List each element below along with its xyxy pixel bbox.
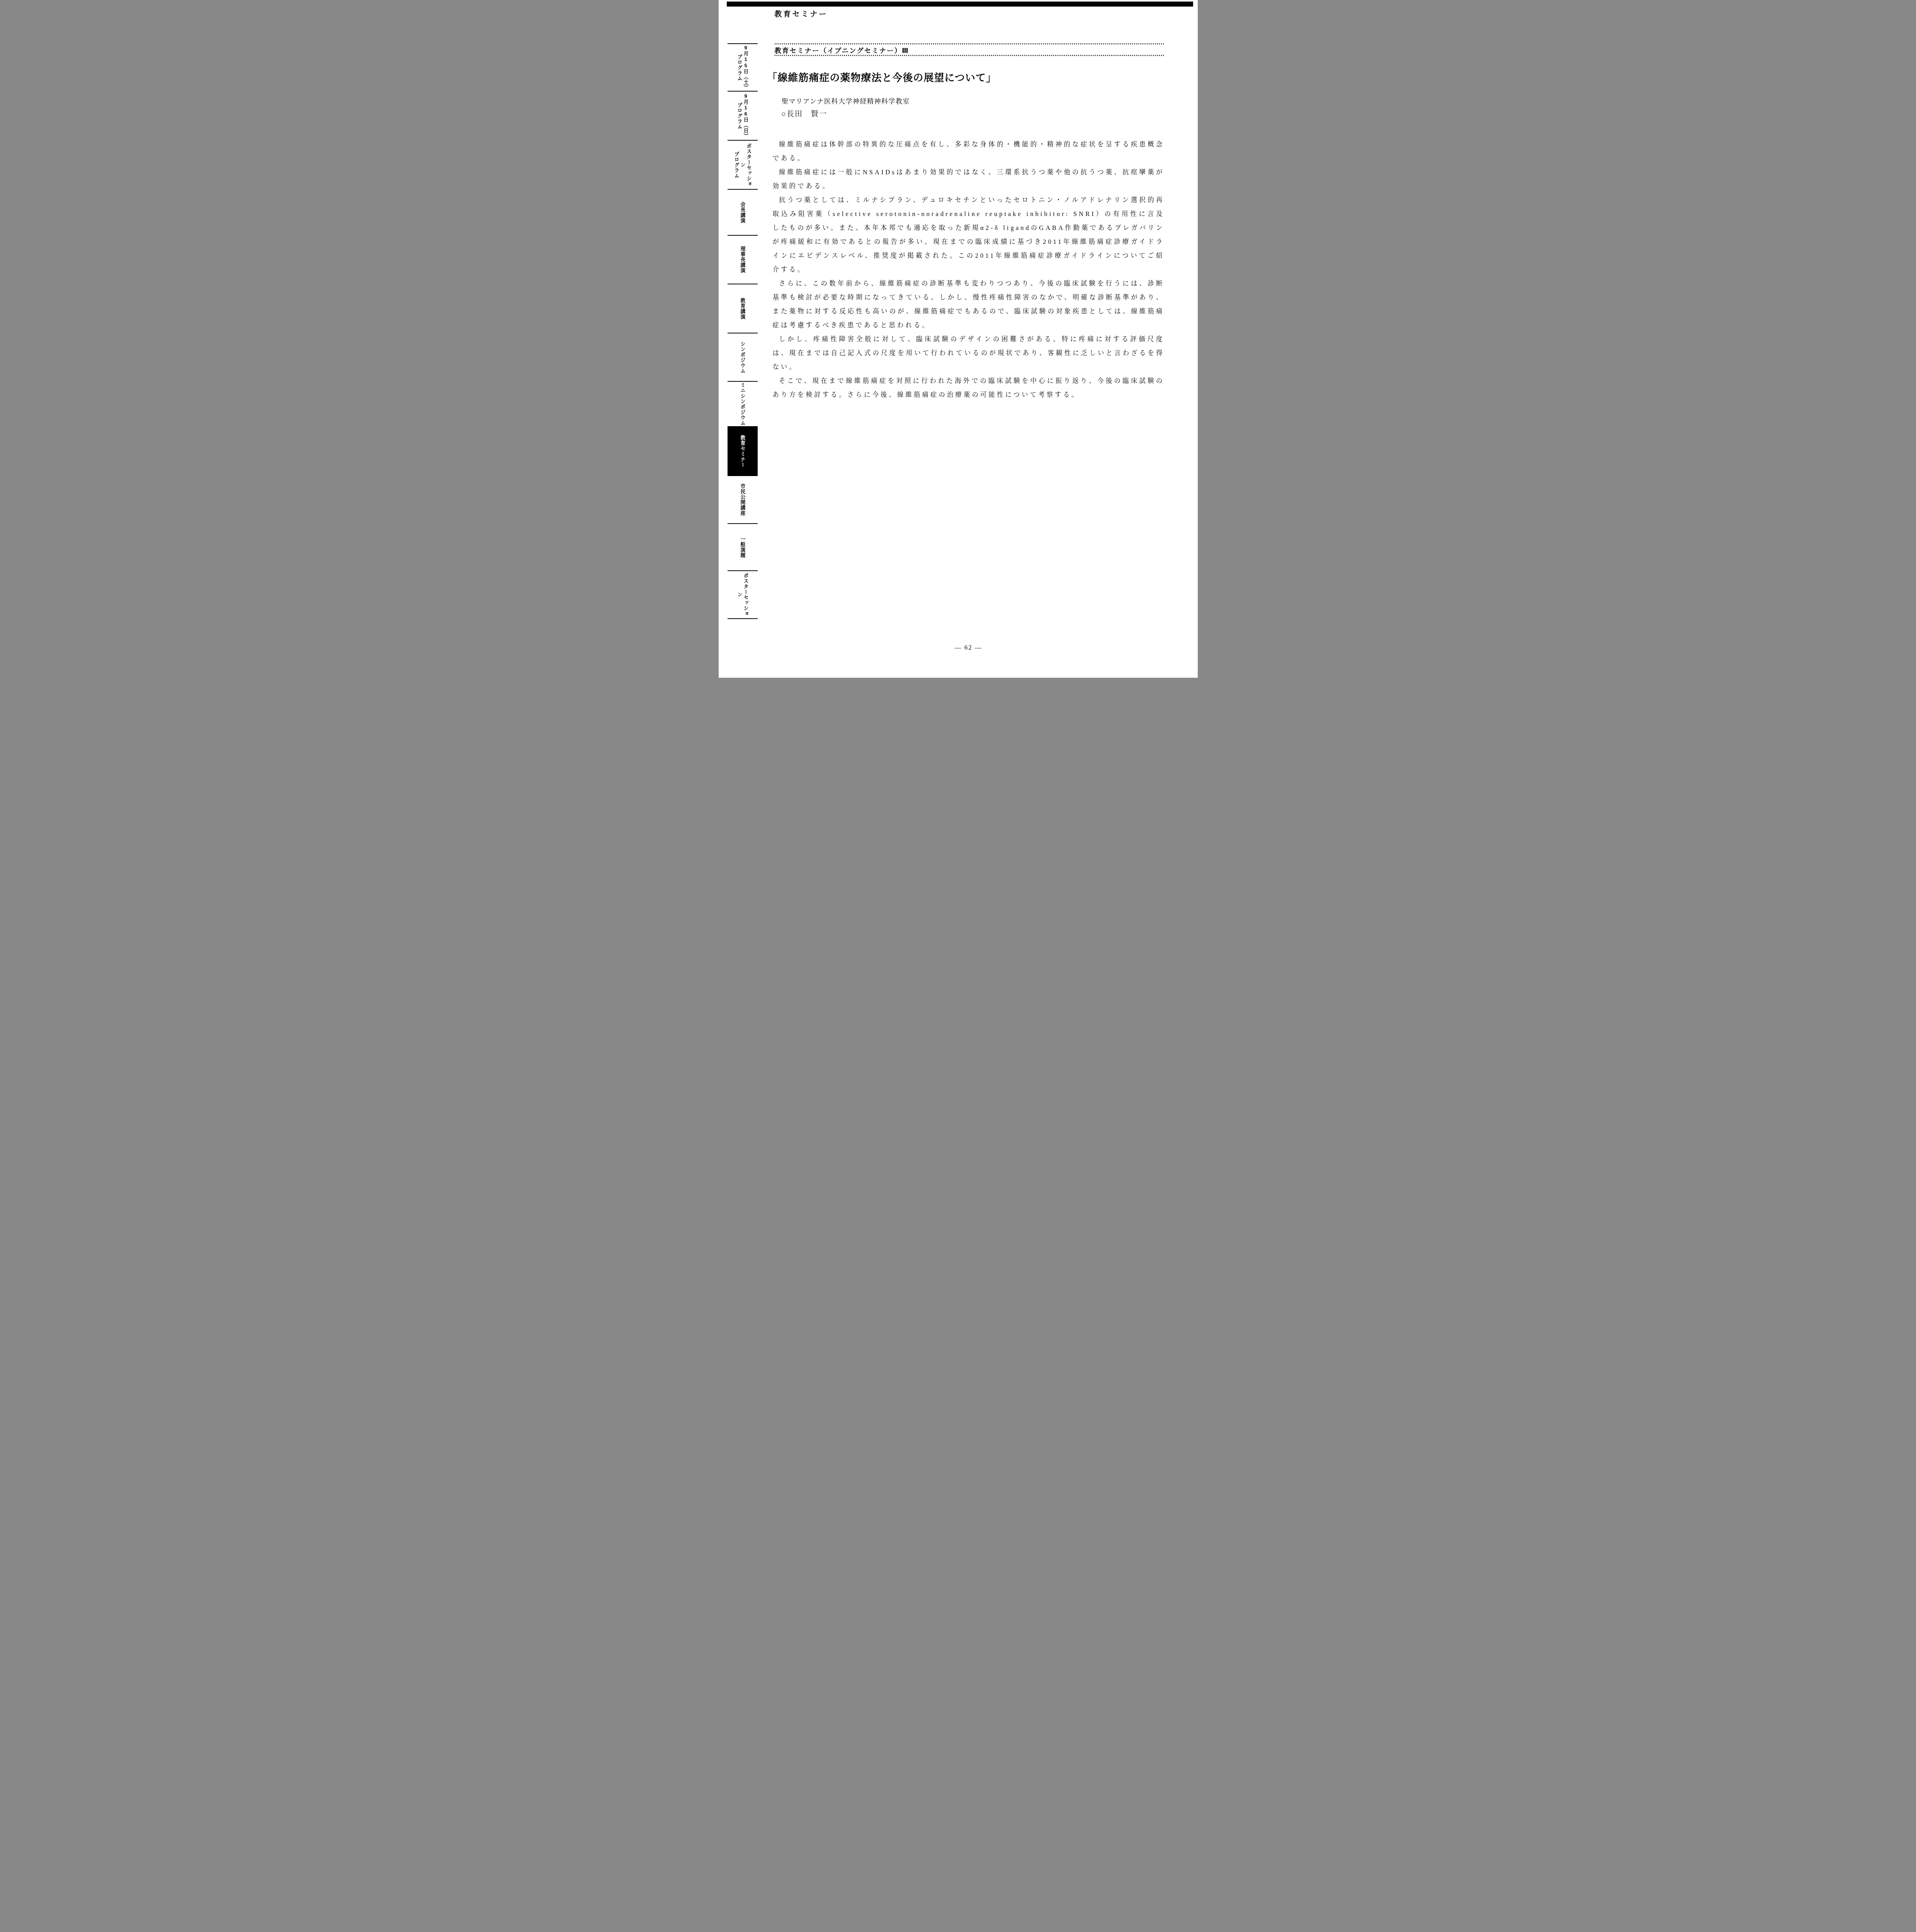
- sidebar-item-symposium: シンポジウム: [728, 333, 758, 381]
- abstract-paragraph: さらに、この数年前から、線維筋痛症の診断基準も変わりつつあり、今後の臨床試験を行…: [773, 277, 1165, 332]
- sidebar-item-sep16-program: 9月16日（日） プログラム: [728, 91, 758, 140]
- tab-label: 市民公開講座: [740, 483, 746, 516]
- page-number: — 62 —: [773, 644, 1165, 651]
- abstract-body: 線維筋痛症は体幹部の特異的な圧痛点を有し、多彩な身体的・機能的・精神的な症状を呈…: [773, 138, 1165, 402]
- tab-label: ポスターセッション: [736, 571, 749, 618]
- tab-label: シンポジウム: [740, 341, 746, 374]
- session-header-rule-top: [775, 43, 1164, 44]
- sidebar-item-mini-symposium: ミニシンポジウム: [728, 381, 758, 426]
- tab-label: 一般演題: [740, 536, 746, 558]
- sidebar-item-general-presentations: 一般演題: [728, 523, 758, 570]
- tab-label: 理事長講演: [740, 246, 746, 273]
- scanned-program-page: 教育セミナー 9月15日（土） プログラム 9月16日（日） プログラム ポスタ…: [719, 0, 1198, 678]
- sidebar-item-educational-lecture: 教育講演: [728, 284, 758, 333]
- sidebar-tab-index: 9月15日（土） プログラム 9月16日（日） プログラム ポスターセッション …: [728, 43, 758, 619]
- abstract-paragraph: しかし、疼痛性障害全般に対して、臨床試験のデザインの困難さがある。特に疼痛に対す…: [773, 332, 1165, 374]
- abstract-paragraph: 線維筋痛症には一般にNSAIDsはあまり効果的ではなく、三環系抗うつ薬や他の抗う…: [773, 165, 1165, 193]
- session-header-rule-bottom: [775, 55, 1164, 56]
- sidebar-item-presidents-lecture: 会長講演: [728, 189, 758, 235]
- presenter-name: ○長田 賢一: [782, 108, 827, 119]
- sidebar-item-poster-session-program: ポスターセッション プログラム: [728, 140, 758, 189]
- tab-label: 9月15日（土） プログラム: [736, 45, 749, 90]
- top-black-scan-bar: [727, 2, 1193, 7]
- seminar-title: 「線維筋痛症の薬物療法と今後の展望について」: [767, 70, 996, 84]
- sidebar-item-educational-seminar-active: 教育セミナー: [728, 426, 758, 476]
- tab-label: 9月16日（日） プログラム: [736, 93, 749, 139]
- tab-label: 会長講演: [740, 202, 746, 223]
- sidebar-item-public-open-lecture: 市民公開講座: [728, 476, 758, 523]
- page-header: 教育セミナー: [775, 9, 828, 19]
- sidebar-item-board-chairman-lecture: 理事長講演: [728, 235, 758, 284]
- tab-label: ミニシンポジウム: [740, 383, 746, 426]
- sidebar-item-poster-session: ポスターセッション: [728, 570, 758, 619]
- tab-label: 教育セミナー: [740, 435, 746, 468]
- abstract-paragraph: 抗うつ薬としては、ミルナシプラン、デュロキセチンといったセロトニン・ノルアドレナ…: [773, 193, 1165, 277]
- tab-label: ポスターセッション プログラム: [733, 141, 752, 189]
- abstract-paragraph: 線維筋痛症は体幹部の特異的な圧痛点を有し、多彩な身体的・機能的・精神的な症状を呈…: [773, 138, 1165, 165]
- sidebar-item-sep15-program: 9月15日（土） プログラム: [728, 43, 758, 91]
- session-header: 教育セミナー（イブニングセミナー）Ⅲ: [775, 46, 909, 55]
- tab-label: 教育講演: [740, 298, 746, 320]
- affiliation: 聖マリアンナ医科大学神経精神科学教室: [782, 96, 910, 106]
- abstract-paragraph: そこで、現在まで線維筋痛症を対照に行われた海外での臨床試験を中心に振り返り、今後…: [773, 374, 1165, 402]
